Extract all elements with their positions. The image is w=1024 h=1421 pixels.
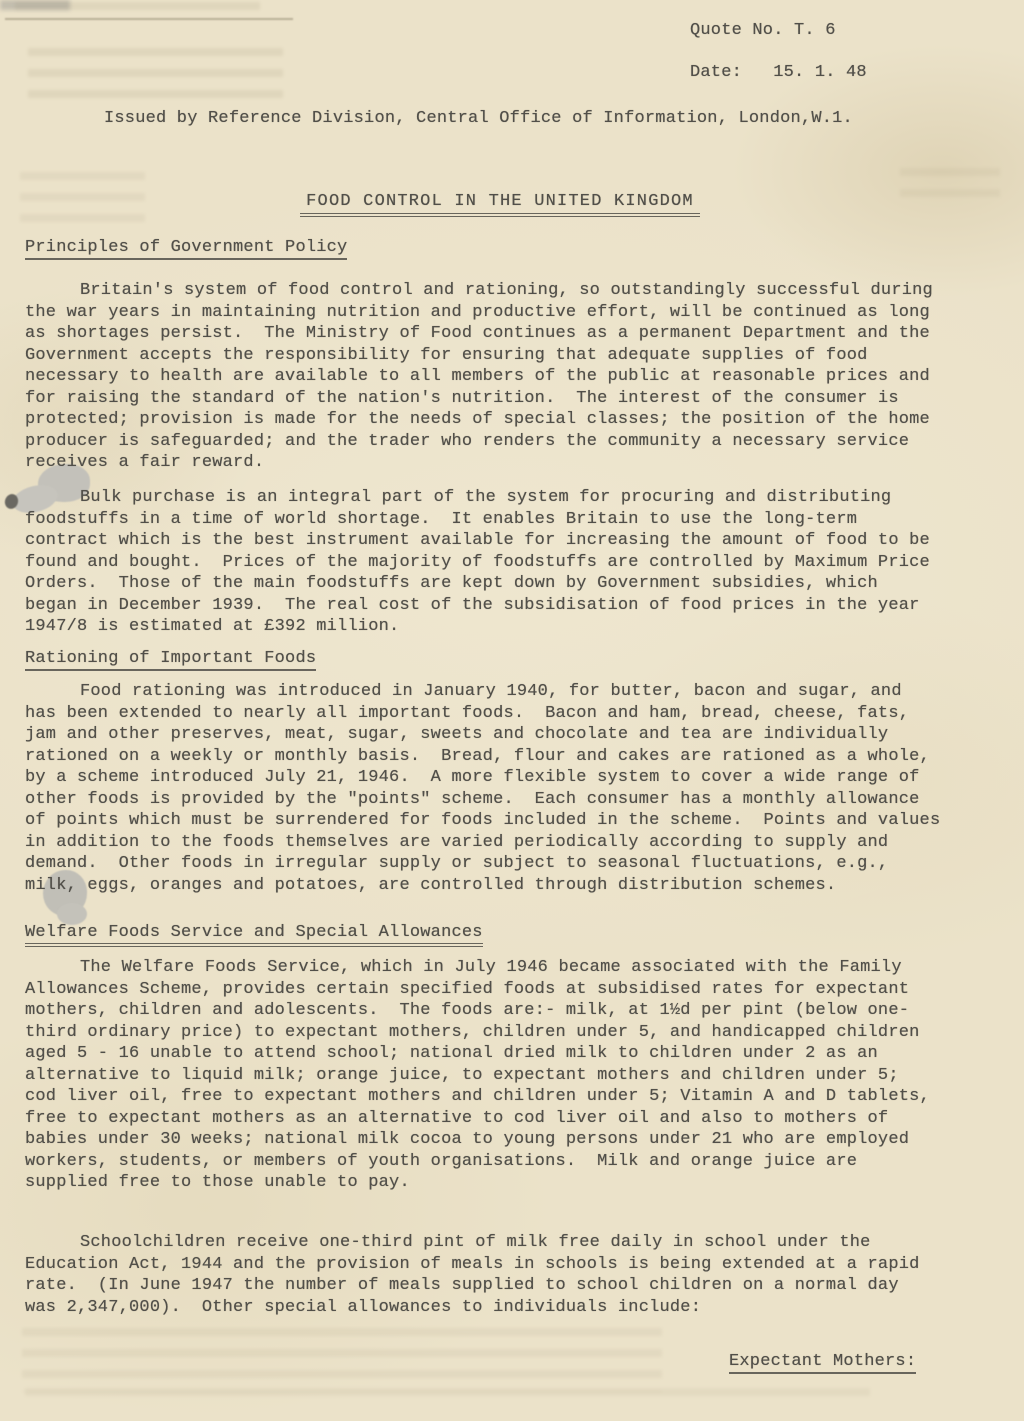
corner-smudge: [0, 0, 70, 10]
date-line: Date: 15. 1. 48: [690, 62, 867, 84]
ghost-text-block-left: [28, 48, 283, 108]
paragraph-welfare-foods: The Welfare Foods Service, which in July…: [25, 957, 993, 1194]
quote-number: Quote No. T. 6: [690, 20, 836, 42]
scanned-document-page: Quote No. T. 6 Date: 15. 1. 48 Issued by…: [0, 0, 1024, 1421]
ghost-text-bottom-left: [22, 1328, 662, 1392]
document-title: FOOD CONTROL IN THE UNITED KINGDOM: [300, 192, 700, 217]
ghost-underline-top-left: [5, 18, 293, 20]
document-title-row: FOOD CONTROL IN THE UNITED KINGDOM: [0, 192, 1000, 217]
paragraph-food-rationing: Food rationing was introduced in January…: [25, 681, 993, 896]
heading-text: Welfare Foods Service and Special Allowa…: [25, 923, 483, 947]
expectant-mothers-heading: Expectant Mothers:: [729, 1352, 916, 1374]
heading-text: Rationing of Important Foods: [25, 649, 316, 671]
ink-smudge-dark-tip: [3, 492, 20, 510]
paragraph-bulk-purchase: Bulk purchase is an integral part of the…: [25, 487, 993, 638]
issued-by-line: Issued by Reference Division, Central Of…: [104, 108, 853, 130]
footer-heading-row: Expectant Mothers:: [729, 1351, 916, 1372]
paragraph-government-policy-1: Britain's system of food control and rat…: [25, 280, 993, 474]
section-heading-welfare: Welfare Foods Service and Special Allowa…: [25, 922, 483, 943]
paragraph-schoolchildren: Schoolchildren receive one-third pint of…: [25, 1232, 993, 1318]
ghost-text-bottom-row: [25, 1388, 870, 1408]
section-heading-principles: Principles of Government Policy: [25, 237, 347, 258]
section-heading-rationing: Rationing of Important Foods: [25, 648, 316, 669]
ghost-text-top-left: [15, 2, 260, 16]
heading-text: Principles of Government Policy: [25, 238, 347, 260]
